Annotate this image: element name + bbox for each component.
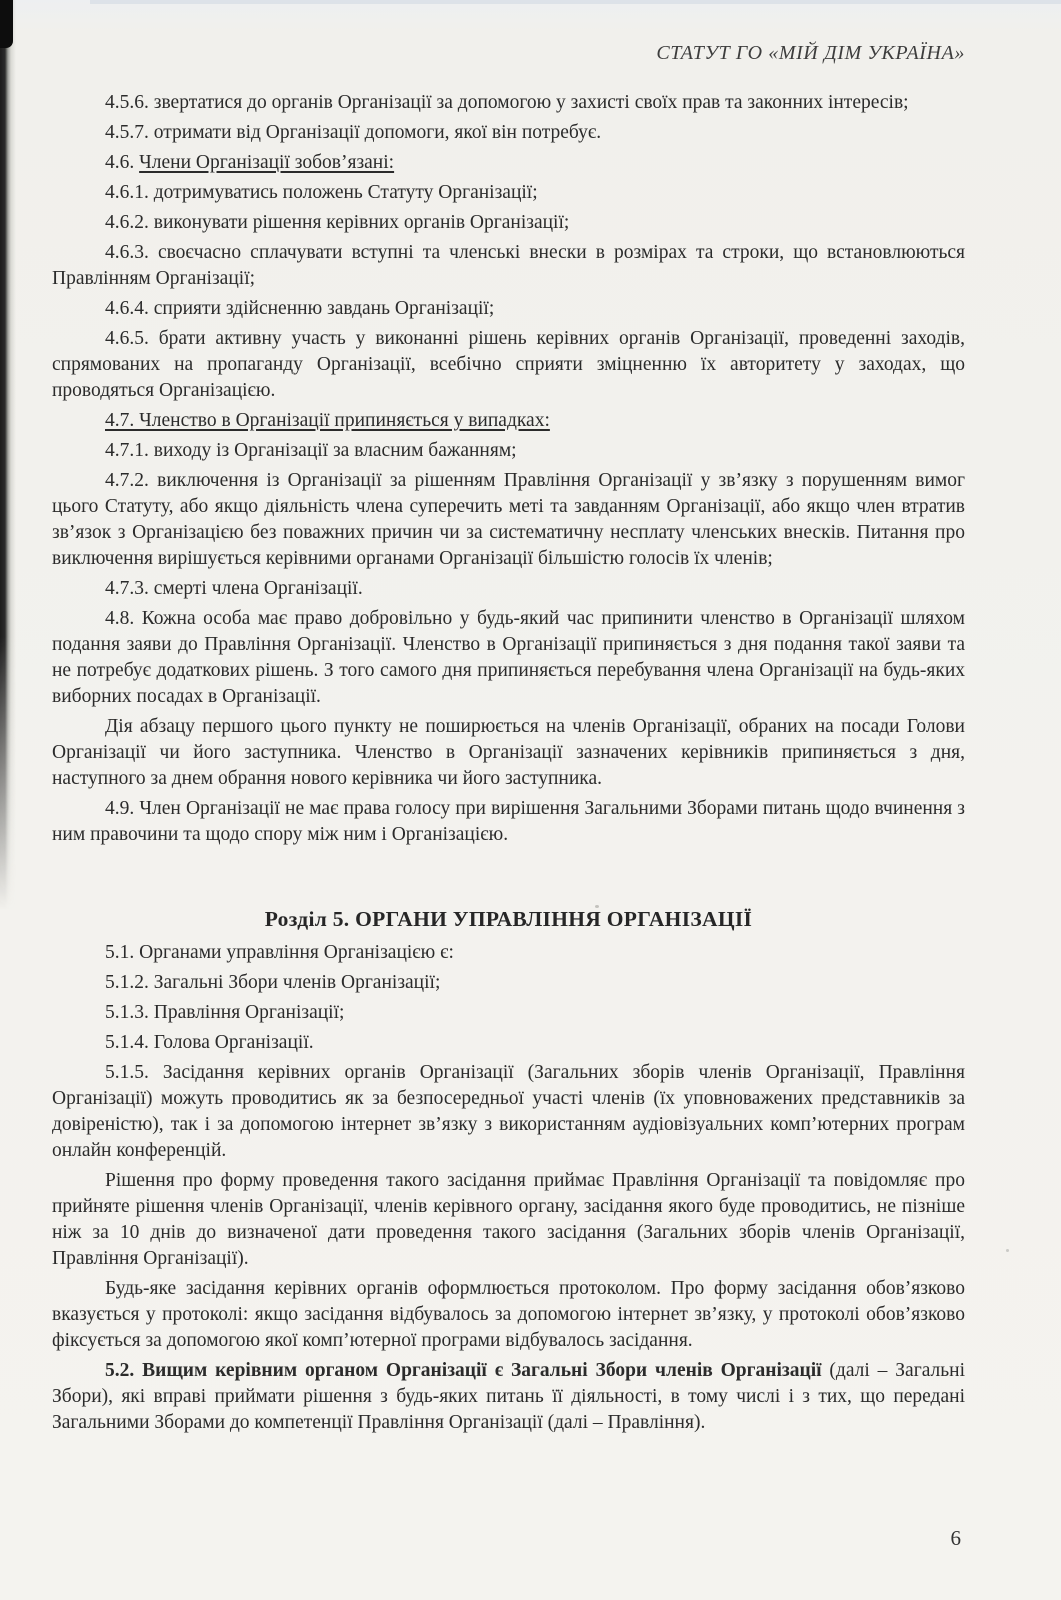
running-header: СТАТУТ ГО «МІЙ ДІМ УКРАЇНА» xyxy=(52,42,965,65)
text-segment: 4.6.4. сприяти здійсненню завдань Органі… xyxy=(105,298,494,319)
scan-speck xyxy=(1006,1249,1009,1252)
paragraph-p-bud-yake: Будь-яке засідання керівних органів офор… xyxy=(52,1276,965,1354)
paragraph-p-4-5-6: 4.5.6. звертатися до органів Організації… xyxy=(52,90,965,116)
text-segment: Рішення про форму проведення такого засі… xyxy=(52,1170,965,1269)
text-segment: 4.7.1. виходу із Організації за власним … xyxy=(105,440,517,461)
text-segment: 4.6.1. дотримуватись положень Статуту Ор… xyxy=(105,182,538,203)
paragraph-p-4-7-1: 4.7.1. виходу із Організації за власним … xyxy=(52,438,965,464)
text-segment: 4.6.2. виконувати рішення керівних орган… xyxy=(105,212,569,233)
paragraph-p-4-8-abz: Дія абзацу першого цього пункту не пошир… xyxy=(52,714,965,792)
scanned-statute-page: { "page": { "header": "СТАТУТ ГО «МІЙ ДІ… xyxy=(0,0,1061,1600)
paragraph-p-4-9: 4.9. Член Організації не має права голос… xyxy=(52,796,965,848)
paragraph-p-4-6-1: 4.6.1. дотримуватись положень Статуту Ор… xyxy=(52,180,965,206)
text-segment: 4.5.7. отримати від Організації допомоги… xyxy=(105,122,601,143)
text-segment: 5.2. Вищим керівним органом Організації … xyxy=(105,1360,822,1381)
section-heading: Розділ 5. ОРГАНИ УПРАВЛІННЯ ОРГАНІЗАЦІЇ xyxy=(52,906,965,932)
scan-edge-left xyxy=(0,0,16,910)
document-body: 4.5.6. звертатися до органів Організації… xyxy=(52,86,965,1436)
paragraph-p-5-1-3: 5.1.3. Правління Організації; xyxy=(52,1000,965,1026)
paragraph-p-4-6-4: 4.6.4. сприяти здійсненню завдань Органі… xyxy=(52,296,965,322)
text-segment: 4.7.2. виключення із Організації за ріше… xyxy=(52,470,965,569)
text-segment: 5.1.3. Правління Організації; xyxy=(105,1002,344,1023)
text-segment: 5.1. Органами управління Організацією є: xyxy=(105,942,454,963)
paragraph-p-5-2: 5.2. Вищим керівним органом Організації … xyxy=(52,1358,965,1436)
page-number: 6 xyxy=(52,1526,961,1551)
text-segment: Члени Організації зобов’язані: xyxy=(139,152,394,173)
text-segment: Будь-яке засідання керівних органів офор… xyxy=(52,1278,965,1351)
text-segment: 4.6. xyxy=(105,152,139,173)
paragraph-p-5-1-5: 5.1.5. Засідання керівних органів Органі… xyxy=(52,1060,965,1164)
text-segment: Дія абзацу першого цього пункту не пошир… xyxy=(52,716,965,789)
paragraph-p-4-7: 4.7. Членство в Організації припиняється… xyxy=(52,408,965,434)
text-segment: 4.8. Кожна особа має право добровільно у… xyxy=(52,608,965,707)
text-segment: 4.5.6. звертатися до органів Організації… xyxy=(105,92,909,113)
paragraph-p-5-1: 5.1. Органами управління Організацією є: xyxy=(52,940,965,966)
paragraph-p-5-1-2: 5.1.2. Загальні Збори членів Організації… xyxy=(52,970,965,996)
paragraph-p-4-8: 4.8. Кожна особа має право добровільно у… xyxy=(52,606,965,710)
paragraph-p-4-6-5: 4.6.5. брати активну участь у виконанні … xyxy=(52,326,965,404)
text-segment: 4.6.5. брати активну участь у виконанні … xyxy=(52,328,965,401)
paragraph-p-4-6-2: 4.6.2. виконувати рішення керівних орган… xyxy=(52,210,965,236)
text-segment: 4.7.3. смерті члена Організації. xyxy=(105,578,363,599)
text-segment: Розділ 5. ОРГАНИ УПРАВЛІННЯ ОРГАНІЗАЦІЇ xyxy=(265,907,752,931)
text-segment: 5.1.2. Загальні Збори членів Організації… xyxy=(105,972,440,993)
paragraph-p-4-7-2: 4.7.2. виключення із Організації за ріше… xyxy=(52,468,965,572)
scan-corner-mark xyxy=(0,0,13,48)
paragraph-p-4-5-7: 4.5.7. отримати від Організації допомоги… xyxy=(52,120,965,146)
paragraph-p-4-6: 4.6. Члени Організації зобов’язані: xyxy=(52,150,965,176)
scan-edge-top xyxy=(90,0,1061,4)
text-segment: 4.9. Член Організації не має права голос… xyxy=(52,798,965,845)
text-segment: 4.6.3. своєчасно сплачувати вступні та ч… xyxy=(52,242,965,289)
paragraph-p-4-7-3: 4.7.3. смерті члена Організації. xyxy=(52,576,965,602)
paragraph-p-5-1-4: 5.1.4. Голова Організації. xyxy=(52,1030,965,1056)
text-segment: 5.1.4. Голова Організації. xyxy=(105,1032,314,1053)
text-segment: 5.1.5. Засідання керівних органів Органі… xyxy=(52,1062,965,1161)
paragraph-p-rishennia: Рішення про форму проведення такого засі… xyxy=(52,1168,965,1272)
text-segment: 4.7. Членство в Організації припиняється… xyxy=(105,410,550,431)
paragraph-p-4-6-3: 4.6.3. своєчасно сплачувати вступні та ч… xyxy=(52,240,965,292)
